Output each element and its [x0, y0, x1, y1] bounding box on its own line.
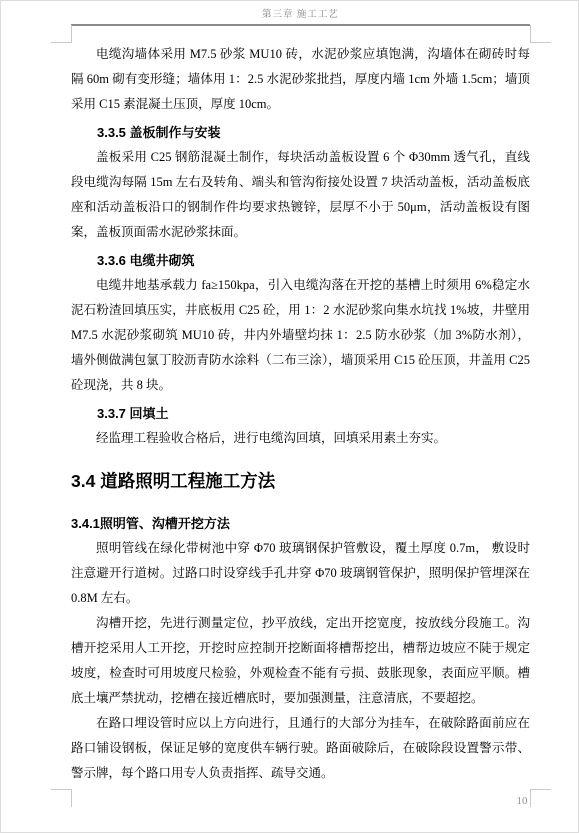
page-header-chapter-title: 第三章 施工工艺 [71, 6, 530, 26]
paragraph-cover-plate: 盖板采用 C25 钢筋混凝土制作，每块活动盖板设置 6 个 Φ30mm 透气孔，… [71, 145, 530, 245]
paragraph-cable-well: 电缆井地基承载力 fa≥150kpa，引入电缆沟落在开挖的基槽上时须用 6%稳定… [71, 273, 530, 398]
page-number: 10 [509, 794, 535, 808]
heading-3-3-5-cover-plate: 3.3.5 盖板制作与安装 [71, 120, 530, 145]
heading-3-3-7-backfill: 3.3.7 回填土 [71, 401, 530, 426]
heading-3-4-road-lighting: 3.4 道路照明工程施工方法 [71, 466, 530, 496]
paragraph-lighting-pipe: 照明管线在绿化带树池中穿 Φ70 玻璃钢保护管敷设，覆土厚度 0.7m， 敷设时… [71, 536, 530, 611]
paragraph-cable-trench-wall: 电缆沟墙体采用 M7.5 砂浆 MU10 砖，水泥砂浆应填饱满，沟墙体在砌砖时每… [71, 42, 530, 117]
crop-mark-bottom-left [51, 789, 72, 807]
paragraph-road-crossing: 在路口埋设管时应以上方向进行，且通行的大部分为挂车，在破除路面前应在路口铺设钢板… [71, 711, 530, 786]
heading-3-3-6-cable-well: 3.3.6 电缆井砌筑 [71, 248, 530, 273]
crop-mark-top-right [530, 25, 551, 43]
crop-mark-top-left [51, 25, 72, 43]
heading-3-4-1-lighting-pipe-trench: 3.4.1照明管、沟槽开挖方法 [71, 511, 530, 536]
paragraph-trench-excavation: 沟槽开挖，先进行测量定位，抄平放线，定出开挖宽度，按放线分段施工。沟槽开挖采用人… [71, 611, 530, 711]
paragraph-backfill: 经监理工程验收合格后，进行电缆沟回填，回填采用素土夯实。 [71, 426, 530, 451]
document-body: 电缆沟墙体采用 M7.5 砂浆 MU10 砖，水泥砂浆应填饱满，沟墙体在砌砖时每… [71, 42, 530, 786]
